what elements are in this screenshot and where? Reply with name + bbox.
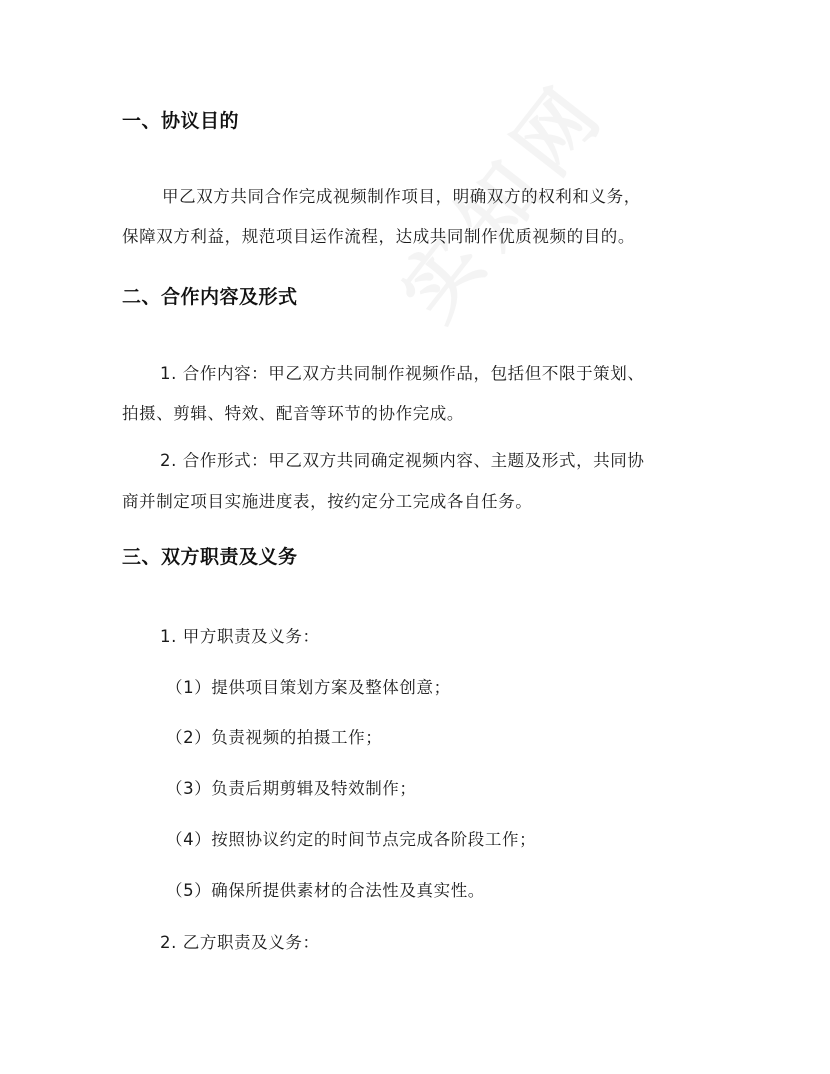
party-a-duty-item: （3）负责后期剪辑及特效制作； xyxy=(166,775,417,799)
party-a-duty-item: （4）按照协议约定的时间节点完成各阶段工作； xyxy=(166,826,536,850)
section-heading-cooperation: 二、合作内容及形式 xyxy=(122,282,298,309)
section-heading-purpose: 一、协议目的 xyxy=(122,106,239,133)
party-b-duties-title: 2. 乙方职责及义务： xyxy=(160,929,320,953)
cooperation-item-2-line-2: 商并制定项目实施进度表，按约定分工完成各自任务。 xyxy=(122,488,532,512)
party-a-duty-item: （1）提供项目策划方案及整体创意； xyxy=(166,674,451,698)
cooperation-item-2-line-1: 2. 合作形式：甲乙双方共同确定视频内容、主题及形式，共同协 xyxy=(160,447,645,471)
section-heading-duties: 三、双方职责及义务 xyxy=(122,542,298,569)
cooperation-item-1-line-2: 拍摄、剪辑、特效、配音等环节的协作完成。 xyxy=(122,400,464,424)
document-page: 实知网 一、协议目的 甲乙双方共同合作完成视频制作项目，明确双方的权利和义务， … xyxy=(0,0,830,1074)
party-a-duties-title: 1. 甲方职责及义务： xyxy=(160,623,320,647)
cooperation-item-1-line-1: 1. 合作内容：甲乙双方共同制作视频作品，包括但不限于策划、 xyxy=(160,360,645,384)
party-a-duty-item: （2）负责视频的拍摄工作； xyxy=(166,724,382,748)
purpose-paragraph-line-1: 甲乙双方共同合作完成视频制作项目，明确双方的权利和义务， xyxy=(162,183,641,207)
party-a-duty-item: （5）确保所提供素材的合法性及真实性。 xyxy=(166,877,485,901)
purpose-paragraph-line-2: 保障双方利益，规范项目运作流程，达成共同制作优质视频的目的。 xyxy=(122,223,635,247)
